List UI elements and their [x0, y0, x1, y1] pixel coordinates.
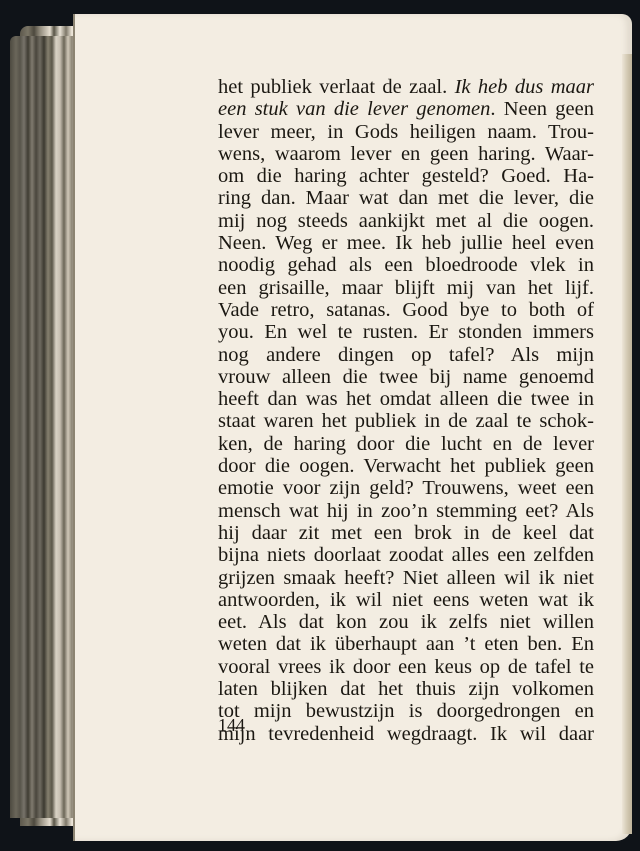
text-line: antwoorden, ik wil niet eens weten wat i… [218, 589, 594, 611]
text-segment: eet. Als dat kon zou ik zelfs niet wille… [218, 611, 594, 633]
text-segment: nog andere dingen op tafel? Als mijn [218, 344, 594, 366]
text-segment: door die oogen. Verwacht het publiek gee… [218, 455, 594, 477]
text-segment: mensch wat hij in zoo’n stemming eet? Al… [218, 500, 594, 522]
text-segment: hij daar zit met een brok in de keel dat [218, 522, 594, 544]
text-line: eet. Als dat kon zou ik zelfs niet wille… [218, 611, 594, 633]
text-line: tot mijn bewustzijn is doorgedrongen en [218, 700, 594, 722]
italic-text-segment: een stuk van die lever genomen [218, 98, 490, 120]
text-segment: heeft dan was het omdat alleen die twee … [218, 388, 594, 410]
text-segment: Vade retro, satanas. Good bye to both of [218, 299, 594, 321]
text-segment: tot mijn bewustzijn is doorgedrongen en [218, 700, 594, 722]
text-line: staat waren het publiek in de zaal te sc… [218, 410, 594, 432]
text-line: bijna niets doorlaat zoodat alles een ze… [218, 544, 594, 566]
text-segment: wens, waarom lever en geen haring. Waar- [218, 143, 594, 165]
text-line: om die haring achter gesteld? Goed. Ha- [218, 165, 594, 187]
text-segment: bijna niets doorlaat zoodat alles een ze… [218, 544, 594, 566]
text-segment: ring dan. Maar wat dan met die lever, di… [218, 187, 594, 209]
text-segment: mijn tevredenheid wegdraagt. Ik wil daar [218, 723, 594, 745]
text-line: een stuk van die lever genomen. Neen gee… [218, 98, 594, 120]
text-segment: staat waren het publiek in de zaal te sc… [218, 410, 594, 432]
text-segment: . Neen geen [490, 98, 594, 120]
text-segment: om die haring achter gesteld? Goed. Ha- [218, 165, 594, 187]
text-segment: vooral vrees ik door een keus op de tafe… [218, 656, 594, 678]
text-segment: mij nog steeds aankijkt met al die oogen… [218, 210, 594, 232]
text-line: door die oogen. Verwacht het publiek gee… [218, 455, 594, 477]
text-line: noodig gehad als een bloedroode vlek in [218, 254, 594, 276]
text-line: you. En wel te rusten. Er stonden immers [218, 321, 594, 343]
text-segment: laten blijken dat het thuis zijn volkome… [218, 678, 594, 700]
page-number: 144 [218, 715, 245, 736]
text-line: weten dat ik überhaupt aan ’t eten ben. … [218, 633, 594, 655]
text-segment: weten dat ik überhaupt aan ’t eten ben. … [218, 633, 594, 655]
text-line: mijn tevredenheid wegdraagt. Ik wil daar [218, 723, 594, 745]
text-segment: lever meer, in Gods heiligen naam. Trou- [218, 121, 594, 143]
text-segment: emotie voor zijn geld? Trouwens, weet ee… [218, 477, 594, 499]
text-line: mensch wat hij in zoo’n stemming eet? Al… [218, 500, 594, 522]
body-text: het publiek verlaat de zaal. Ik heb dus … [218, 76, 594, 745]
text-line: heeft dan was het omdat alleen die twee … [218, 388, 594, 410]
text-line: lever meer, in Gods heiligen naam. Trou- [218, 121, 594, 143]
page-gutter [622, 54, 632, 834]
text-line: emotie voor zijn geld? Trouwens, weet ee… [218, 477, 594, 499]
text-line: het publiek verlaat de zaal. Ik heb dus … [218, 76, 594, 98]
italic-text-segment: Ik heb dus maar [455, 76, 594, 98]
text-line: hij daar zit met een brok in de keel dat [218, 522, 594, 544]
text-segment: vrouw alleen die twee bij name genoemd [218, 366, 594, 388]
text-segment: het publiek verlaat de zaal. [218, 76, 455, 98]
page-edges [10, 36, 80, 818]
text-line: ring dan. Maar wat dan met die lever, di… [218, 187, 594, 209]
text-segment: grijzen smaak heeft? Niet alleen wil ik … [218, 567, 594, 589]
text-line: laten blijken dat het thuis zijn volkome… [218, 678, 594, 700]
text-line: vrouw alleen die twee bij name genoemd [218, 366, 594, 388]
text-line: Neen. Weg er mee. Ik heb jullie heel eve… [218, 232, 594, 254]
text-segment: ken, de haring door die lucht en de leve… [218, 433, 594, 455]
text-line: wens, waarom lever en geen haring. Waar- [218, 143, 594, 165]
text-line: Vade retro, satanas. Good bye to both of [218, 299, 594, 321]
text-segment: Neen. Weg er mee. Ik heb jullie heel eve… [218, 232, 594, 254]
text-line: nog andere dingen op tafel? Als mijn [218, 344, 594, 366]
text-line: grijzen smaak heeft? Niet alleen wil ik … [218, 567, 594, 589]
text-segment: noodig gehad als een bloedroode vlek in [218, 254, 594, 276]
text-line: vooral vrees ik door een keus op de tafe… [218, 656, 594, 678]
text-line: mij nog steeds aankijkt met al die oogen… [218, 210, 594, 232]
text-line: ken, de haring door die lucht en de leve… [218, 433, 594, 455]
text-segment: een grisaille, maar blijft mij van het l… [218, 277, 594, 299]
text-segment: you. En wel te rusten. Er stonden immers [218, 321, 594, 343]
text-line: een grisaille, maar blijft mij van het l… [218, 277, 594, 299]
text-segment: antwoorden, ik wil niet eens weten wat i… [218, 589, 594, 611]
